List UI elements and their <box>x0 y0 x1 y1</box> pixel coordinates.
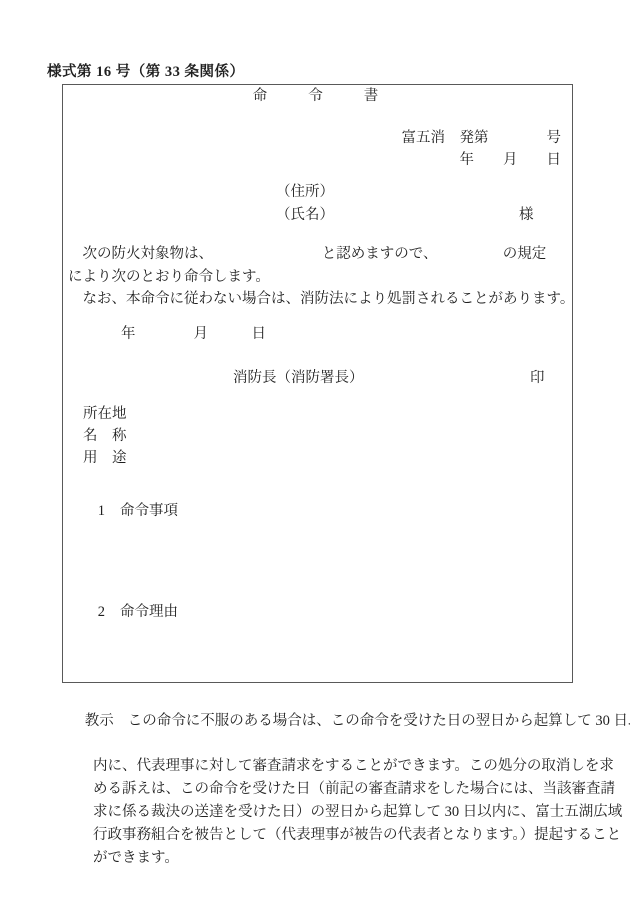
appeal-instructions-line-4: 求に係る裁決の送達を受けた日）の翌日から起算して 30 日以内に、富士五湖広域 <box>63 801 583 824</box>
body-text-line-3: なお、本命令に従わない場合は、消防法により処罰されることがあります。 <box>68 291 574 308</box>
form-number-label: 様式第 16 号（第 33 条関係） <box>47 60 245 81</box>
issue-date-line: 年 月 日 <box>121 326 266 343</box>
issuer-title: 消防長（消防署長） <box>233 370 364 387</box>
appeal-instructions-line-6: ができます。 <box>63 847 583 870</box>
appeal-instructions: 教示この命令に不服のある場合は、この命令を受けた日の翌日から起算して 30 日以… <box>63 687 583 869</box>
document-page: 様式第 16 号（第 33 条関係） 命 令 書 富五消 発第 号 年 月 日 … <box>0 0 630 903</box>
appeal-instructions-line-2: 内に、代表理事に対して審査請求をすることができます。この処分の取消しを求 <box>63 755 583 778</box>
body-text-line-2: により次のとおり命令します。 <box>68 269 270 286</box>
order-item-1-number: 1 <box>98 503 105 519</box>
document-title: 命 令 書 <box>63 88 572 105</box>
doc-number-line: 富五消 発第 号 <box>402 130 562 147</box>
seal-placeholder: 印 <box>530 370 545 387</box>
appeal-instructions-line-3: める訴えは、この命令を受けた日（前記の審査請求をした場合には、当該審査請 <box>63 778 583 801</box>
appeal-instructions-line-5: 行政事務組合を被告として（代表理事が被告の代表者となります。）提起すること <box>63 824 583 847</box>
appeal-instructions-label: 教示 <box>85 713 114 729</box>
addressee-address-label: （住所） <box>276 184 334 201</box>
order-item-2: 2命令理由 <box>76 587 178 638</box>
header-date-line: 年 月 日 <box>460 152 562 169</box>
order-item-2-label: 命令理由 <box>120 604 178 620</box>
order-item-1-label: 命令事項 <box>120 503 178 519</box>
body-text-line-1: 次の防火対象物は、 と認めますので、 の規定 <box>68 246 546 263</box>
addressee-name-label: （氏名） <box>276 207 334 224</box>
addressee-honorific: 様 <box>519 207 534 224</box>
property-use-label: 用 途 <box>83 450 127 467</box>
appeal-instructions-text-1: この命令に不服のある場合は、この命令を受けた日の翌日から起算して 30 日以 <box>128 713 630 729</box>
appeal-instructions-line-1: 教示この命令に不服のある場合は、この命令を受けた日の翌日から起算して 30 日以 <box>63 687 583 755</box>
order-item-1: 1命令事項 <box>76 486 178 537</box>
order-form-box: 命 令 書 富五消 発第 号 年 月 日 （住所） （氏名） 様 次の防火対象物… <box>62 84 573 683</box>
order-item-2-number: 2 <box>98 604 105 620</box>
property-name-label: 名 称 <box>83 428 127 445</box>
property-location-label: 所在地 <box>83 406 127 423</box>
